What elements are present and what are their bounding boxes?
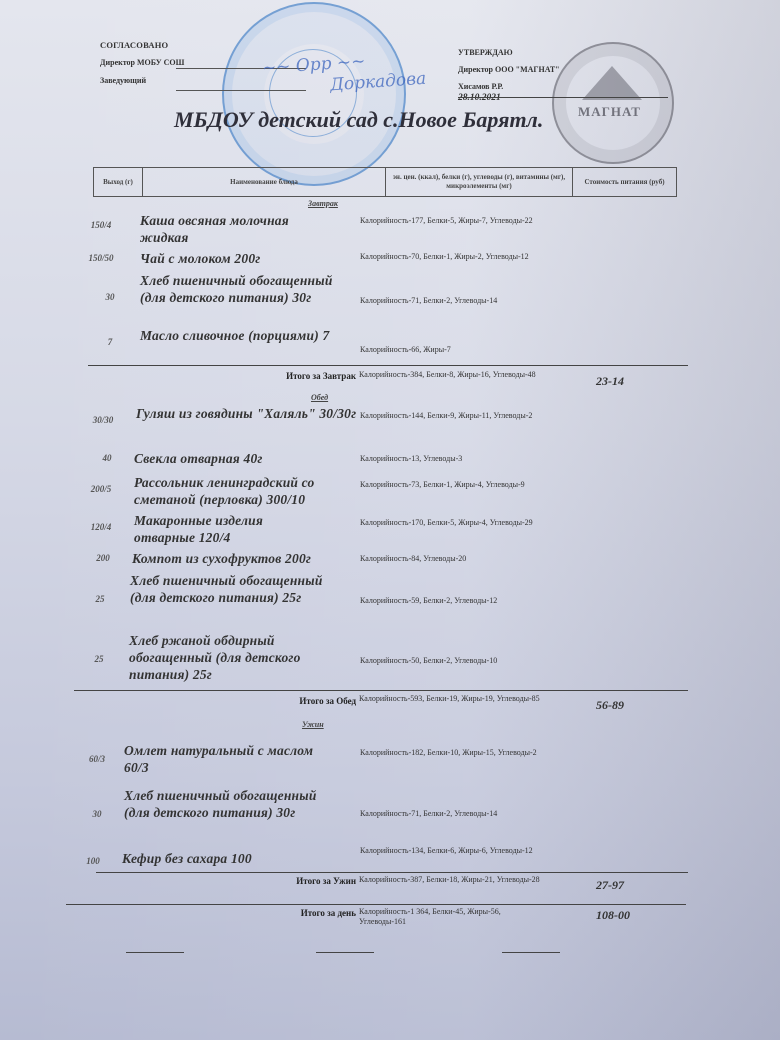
position-line: Директор МОБУ СОШ [100,54,184,72]
item-yield: 60/3 [62,754,132,764]
item-nutrition: Калорийность-71, Белки-2, Углеводы-14 [360,809,550,819]
divider [74,690,688,691]
total-cost: 23-14 [596,374,624,389]
item-yield: 200 [68,553,138,563]
item-yield: 120/4 [66,522,136,532]
total-cost: 56-89 [596,698,624,713]
item-nutrition: Калорийность-182, Белки-10, Жиры-15, Угл… [360,748,550,758]
item-name: Каша овсяная молочная жидкая [140,212,340,246]
item-name: Рассольник ленинградский со сметаной (пе… [134,474,364,508]
header-yield: Выход (г) [94,168,143,196]
total-nutrition: Калорийность-1 364, Белки-45, Жиры-56, У… [359,907,549,927]
divider [88,365,688,366]
item-yield: 30 [75,292,145,302]
item-yield: 30 [62,809,132,819]
divider [66,904,686,905]
item-nutrition: Калорийность-13, Углеводы-3 [360,454,550,464]
item-yield: 100 [58,856,128,866]
item-nutrition: Калорийность-70, Белки-1, Жиры-2, Углево… [360,252,550,262]
blank-signature-line [502,952,560,953]
total-nutrition: Калорийность-387, Белки-18, Жиры-21, Угл… [359,875,549,885]
item-nutrition: Калорийность-66, Жиры-7 [360,345,550,355]
total-nutrition: Калорийность-593, Белки-19, Жиры-19, Угл… [359,694,549,704]
item-nutrition: Калорийность-84, Углеводы-20 [360,554,550,564]
item-nutrition: Калорийность-170, Белки-5, Жиры-4, Углев… [360,518,550,528]
item-name: Хлеб пшеничный обогащенный (для детского… [124,787,339,821]
item-name: Макаронные изделия отварные 120/4 [134,512,304,546]
approval-block-right: УТВЕРЖДАЮ Директор ООО "МАГНАТ" Хисамов … [458,44,560,103]
item-nutrition: Калорийность-177, Белки-5, Жиры-7, Углев… [360,216,550,226]
total-nutrition: Калорийность-384, Белки-8, Жиры-16, Угле… [359,370,549,380]
page-title: МБДОУ детский сад с.Новое Барятл. [174,107,543,133]
item-name: Масло сливочное (порциями) 7 [140,327,358,344]
item-name: Компот из сухофруктов 200г [132,550,372,567]
approve-label: УТВЕРЖДАЮ [458,44,560,61]
mountain-logo-icon [582,66,642,100]
item-nutrition: Калорийность-144, Белки-9, Жиры-11, Угле… [360,411,550,421]
total-cost: 108-00 [596,908,630,923]
total-label: Итого за Обед [299,696,356,706]
head-line: Заведующий [100,72,184,90]
total-label: Итого за Ужин [296,876,356,886]
blank-signature-line [126,952,184,953]
item-yield: 30/30 [68,415,138,425]
header-nutrition: эн. цен. (ккал), белки (г), углеводы (г)… [386,168,573,196]
item-name: Свекла отварная 40г [134,450,364,467]
item-name: Хлеб пшеничный обогащенный (для детского… [130,572,345,606]
company-stamp: МАГНАТ [552,42,674,164]
section-dinner-title: Ужин [302,720,324,729]
item-nutrition: Калорийность-134, Белки-6, Жиры-6, Углев… [360,846,550,856]
item-nutrition: Калорийность-73, Белки-1, Жиры-4, Углево… [360,480,550,490]
director-line: Директор ООО "МАГНАТ" [458,61,560,78]
item-name: Хлеб пшеничный обогащенный (для детского… [140,272,350,306]
item-yield: 25 [65,594,135,604]
divider [96,872,688,873]
stamp-label: МАГНАТ [578,104,641,120]
header-cost: Стоимость питания (руб) [573,168,676,196]
table-header: Выход (г) Наименование блюда эн. цен. (к… [93,167,677,197]
item-nutrition: Калорийность-71, Белки-2, Углеводы-14 [360,296,550,306]
blank-signature-line [316,952,374,953]
item-name: Хлеб ржаной обдирный обогащенный (для де… [129,632,344,683]
item-yield: 150/4 [66,220,136,230]
item-yield: 200/5 [66,484,136,494]
total-label: Итого за Завтрак [286,371,356,381]
signature-line [176,90,306,91]
item-name: Гуляш из говядины "Халяль" 30/30г [136,405,366,422]
header-dish: Наименование блюда [143,168,386,196]
section-breakfast-title: Завтрак [308,199,338,208]
total-cost: 27-97 [596,878,624,893]
section-lunch-title: Обед [311,393,328,402]
director-name: Хисамов Р.Р. [458,81,560,93]
approved-label: СОГЛАСОВАНО [100,36,184,54]
item-name: Омлет натуральный с маслом 60/3 [124,742,314,776]
date-underline [458,97,668,98]
item-nutrition: Калорийность-50, Белки-2, Углеводы-10 [360,656,550,666]
blue-round-stamp [222,2,406,186]
item-name: Чай с молоком 200г [140,250,370,267]
item-yield: 25 [64,654,134,664]
item-nutrition: Калорийность-59, Белки-2, Углеводы-12 [360,596,550,606]
item-yield: 40 [72,453,142,463]
item-yield: 150/50 [66,253,136,263]
item-yield: 7 [75,337,145,347]
approval-date: 28.10.2021 [458,93,560,103]
total-label: Итого за день [301,908,356,918]
item-name: Кефир без сахара 100 [122,850,362,867]
approval-block-left: СОГЛАСОВАНО Директор МОБУ СОШ Заведующий [100,36,184,90]
